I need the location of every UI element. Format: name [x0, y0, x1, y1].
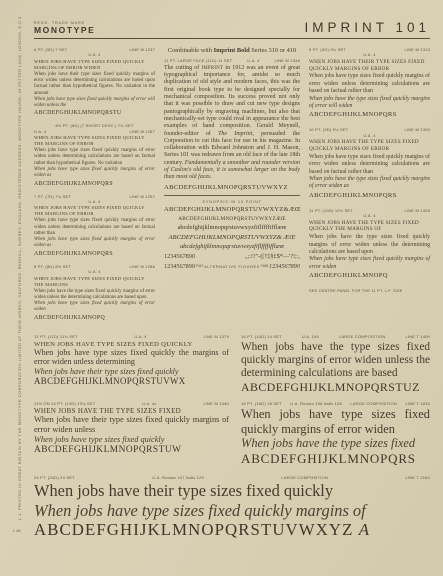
caps-text: WHEN JOBS HAVE TYPE SIZES FIXED QUICKLY: [34, 341, 229, 348]
specimen-block-9pt: 9 PT. (9D) 9¼ SET LINE M 1313 U.A. 4 WHE…: [309, 47, 430, 118]
ua-label: U.A. 4: [309, 133, 430, 138]
italic-text: When jobs have type sizes fixed quickly …: [34, 237, 155, 250]
italic-text: When jobs have type sizes fixed quickly …: [309, 256, 430, 271]
caps-text: WHEN JOBS HAVE TYPE SIZES FIXED QUICKLY …: [34, 276, 155, 288]
synopsis-roman-caps: ABCDEFGHIJKLMNOPQRSTUVWXYZ&ÆŒ: [164, 206, 300, 213]
line-ref: LINE M 1346: [274, 58, 300, 63]
alphabet-text: ABCDEFGHIJKLMNOPQRSTUVWXYZ: [164, 184, 300, 191]
size-label: 12 PT. (11D) 11¾ SET: [34, 334, 78, 339]
roman-text: When jobs have type sizes fixed quickly …: [241, 407, 430, 436]
ua-label: U.A. 4: [134, 334, 146, 339]
specimen-block-12pt: 12 PT. (11D) 11¾ SET U.A. 4 LINE M 1379 …: [34, 334, 229, 395]
alphabet-text: ABCDEFGHIJKLMNOPQRSTUZ: [241, 380, 430, 395]
bold-series-name: Imprint Bold: [214, 47, 250, 54]
line-ref: LINE M 1287: [129, 129, 155, 134]
figures-text: 1234567890: [164, 253, 195, 260]
imprint-magazine-title: The Imprint: [218, 131, 252, 137]
size-label: 8 PT. (8D) 8½ SET: [34, 264, 71, 269]
italic-text: When jobs have type sizes fixed quickly …: [34, 97, 155, 110]
line-ref: LINE M 1313: [404, 47, 430, 52]
roman-text: When jobs have type sizes fixed quickly …: [34, 218, 155, 237]
size-label: 10 PT. (9D) 9¼ SET: [309, 127, 348, 132]
left-column: 6 PT. (9D) 7 SET LINE M 1237 U.A. 4 WHEN…: [34, 47, 155, 330]
large-composition-label: LARGE COMPOSITION: [281, 475, 328, 480]
line-ref: LINE M 1440: [203, 401, 229, 406]
specimen-block-11pt: 11 PT. (10D) 10¼ SET LINE M 1328 U.A. 4 …: [309, 208, 430, 279]
size-label: 11 PT. (10D) 10¼ SET: [309, 208, 353, 213]
ua-label: U.A. 106: [302, 334, 319, 339]
italic-text: When jobs have type sizes fixed quickly …: [34, 501, 430, 520]
italic-tail-letter: A: [359, 520, 370, 539]
caps-text: WHEN JOBS HAVE THE TYPE SIZES FIXED QUIC…: [309, 139, 430, 153]
size-label: 11½ ON 14 PT. (14D) 13¾ SET: [34, 401, 95, 406]
caps-text: WHEN JOBS HAVE TYPE SIZES FIXED QUICKLY …: [34, 205, 155, 217]
specimen-block-7pt: 7 PT. (7D) 7¾ SET LINE M 1257 U.A. 4 WHE…: [34, 194, 155, 257]
specimen-block-10pt: 10 PT. (9D) 9¼ SET LINE M 1300 U.A. 4 WH…: [309, 127, 430, 198]
caps-text: WHEN JOBS HAVE TYPE SIZES FIXED QUICKLY …: [34, 135, 155, 147]
roman-text: When jobs have the type sizes fixed quic…: [241, 341, 430, 380]
italic-figures: 1234567890: [269, 263, 300, 270]
line-ref: LINE T 1815: [405, 401, 430, 406]
alphabet-text: ABCDEFGHIJKLMNOPQRSTU: [34, 110, 155, 116]
imprint-smallcaps: IMPRINT: [201, 66, 223, 71]
line-ref: LINE M 1328: [404, 208, 430, 213]
alphabet-text: ABCDEFGHIJKLMNOPQRSTUVWXYZ A: [34, 520, 430, 540]
combinable-note: Combinable with Imprint Bold Series 310 …: [164, 47, 300, 54]
ua-label: U.A. 4c: [142, 401, 157, 406]
right-column: 9 PT. (9D) 9¼ SET LINE M 1313 U.A. 4 WHE…: [309, 47, 430, 330]
size-label: 7 PT. (7D) 7¾ SET: [34, 194, 71, 199]
roman-text: When jobs have their type sizes fixed qu…: [34, 481, 430, 500]
roman-text: When jobs have the type sizes fixed quic…: [34, 289, 155, 302]
history-paragraph: The cutting of IMPRINT in 1912 was an ev…: [164, 65, 300, 182]
ua-label: U.A. 4: [34, 269, 155, 274]
specimen-block-18pt: 18 PT. (18D) 18 SET U.A. Roman 106 Itali…: [241, 401, 430, 467]
synopsis-heading: SYNOPSIS IN 10 POINT: [164, 199, 300, 204]
centre-panel-reference-note: SEE CENTRE PANEL FOR THE 11 PT. L.F. SIZ…: [309, 288, 430, 293]
specimen-block-6half-pt: 6½ PT. (6D) (7 SHORT DESC.) 7¾ SET U.A. …: [34, 123, 155, 186]
brand-block: REGD. TRADE MARK MONOTYPE: [34, 21, 95, 35]
ua-label: U.A. 4: [247, 58, 259, 63]
line-ref: LINE M 1300: [404, 127, 430, 132]
roman-text: When jobs have the type sizes fixed quic…: [309, 234, 430, 256]
centre-panel: Combinable with Imprint Bold Series 310 …: [164, 47, 300, 330]
alphabet-text: ABCDEFGHIJKLMNOPQRSTUVWX: [34, 376, 229, 386]
size-label: 9 PT. (9D) 9¼ SET: [309, 47, 346, 52]
alphabet-text: ABCDEFGHIJKLMNOPQRSTUW: [34, 445, 229, 455]
roman-text: When jobs have type sizes fixed quickly …: [309, 154, 430, 176]
line-ref: LINE M 1286: [129, 264, 155, 269]
ua-label: U.A. 4: [34, 199, 155, 204]
italic-text: When jobs have type sizes fixed quickly …: [34, 167, 155, 180]
italic-figures-code: F468: [261, 264, 269, 268]
large-composition-label: LARGE COMPOSITION: [350, 401, 397, 406]
synopsis-lowercase: abcdefghijklmnopqrstuvwxyzfiflffffifflæœ: [164, 224, 300, 231]
synopsis-italic-caps: ABCDEFGHIJKLMNOPQRSTUVWXYZ& ÆŒ: [164, 234, 300, 241]
alternative-figures-row: 1234567890 F342 ALTERNATIVE FIGURES F468…: [164, 263, 300, 270]
specimen-columns: 6 PT. (9D) 7 SET LINE M 1237 U.A. 4 WHEN…: [34, 47, 430, 330]
large-composition-label: LARGE COMPOSITION: [339, 334, 386, 339]
page-header: REGD. TRADE MARK MONOTYPE IMPRINT 101: [34, 20, 430, 39]
alphabet-text: ABCDEFGHIJKLMNOPQ: [34, 315, 155, 321]
caps-text: WHEN JOBS HAVE THEIR TYPE SIZES FIXED QU…: [309, 59, 430, 73]
lower-specimens: 12 PT. (11D) 11¾ SET U.A. 4 LINE M 1379 …: [34, 334, 430, 540]
alphabet-text: ABCDEFGHIJKLMNOPQRS: [241, 451, 430, 467]
roman-text: When jobs have type sizes fixed quickly …: [34, 148, 155, 167]
sheet-code: L 68: [13, 528, 21, 533]
figures-and-points-row: 1234567890 .,;:!?"-([†‡§£$*—'?!;:,: [164, 253, 300, 260]
alphabet-text: ABCDEFGHIJKLMNOPQRS: [34, 181, 155, 187]
specimen-block-11half-on-14pt: 11½ ON 14 PT. (14D) 13¾ SET U.A. 4c LINE…: [34, 401, 229, 467]
synopsis-small-caps: ABCDEFGHIJKLMNOPQRSTUVWXYZÆŒ: [164, 216, 300, 222]
alphabet-text: ABCDEFGHIJKLMNOPQRS: [309, 192, 430, 199]
punctuation-text: .,;:!?"-([†‡§£$*—'?!;:,: [244, 253, 300, 260]
alphabet-text: ABCDEFGHIJKLMNOPQRS: [34, 251, 155, 257]
size-label: 6 PT. (9D) 7 SET: [34, 47, 67, 52]
divider-rule: [164, 195, 300, 196]
alphabet-text: ABCDEFGHIJKLMNOPQ: [309, 272, 430, 279]
line-ref: LINE T 1409: [405, 334, 430, 339]
roman-text: When jobs have type sizes fixed quickly …: [34, 348, 229, 367]
specimen-block-16pt: 16 PT. (14D) 14 SET U.A. 106 LARGE COMPO…: [241, 334, 430, 395]
size-label: 24 PT. (24D) 24 SET: [34, 475, 75, 480]
italic-text: When jobs have type sizes fixed quickly: [34, 435, 229, 445]
line-ref: LINE M 1379: [203, 334, 229, 339]
ua-label: U.A. 4: [309, 213, 430, 218]
caps-text: WHEN JOBS HAVE TYPE SIZES FIXED QUICKLY …: [34, 59, 155, 71]
ua-label: U.A. 4: [34, 52, 155, 57]
line-ref: LINE M 1257: [129, 194, 155, 199]
lower-row-1: 12 PT. (11D) 11¾ SET U.A. 4 LINE M 1379 …: [34, 334, 430, 395]
specimen-block-6pt: 6 PT. (9D) 7 SET LINE M 1237 U.A. 4 WHEN…: [34, 47, 155, 116]
ua-label: U.A. 4: [309, 52, 430, 57]
roman-figures: 1234567890: [164, 263, 195, 270]
italic-text: When jobs have the type sizes fixed quic…: [309, 96, 430, 111]
size-label: 11 PT. LARGE FACE (11D) 11 SET: [164, 58, 232, 63]
synopsis-italic-lowercase: abcdefghijklmnopqrstuvwxyzfiflffffifflæœ: [164, 243, 300, 250]
italic-comment: Fundamentally a smoother and rounder ver…: [164, 160, 300, 181]
size-label: 16 PT. (14D) 14 SET: [241, 334, 282, 339]
lower-row-2: 11½ ON 14 PT. (14D) 13¾ SET U.A. 4c LINE…: [34, 401, 430, 467]
ua-label: U.A. 4: [34, 129, 46, 134]
line-ref: LINE M 1237: [129, 47, 155, 52]
roman-text: When jobs have type sizes fixed quickly …: [309, 73, 430, 95]
roman-text: When jobs have their type sizes fixed qu…: [34, 415, 229, 435]
alphabet-text: ABCDEFGHIJKLMNOPQRS: [309, 111, 430, 118]
roman-figures-code: F342: [196, 264, 204, 268]
italic-text: When jobs have their type sizes fixed qu…: [34, 367, 229, 377]
roman-text: When jobs have their type sizes fixed qu…: [34, 72, 155, 97]
italic-text: When jobs have the type sizes fixed quic…: [309, 176, 430, 191]
italic-text: When jobs have type sizes fixed quickly …: [34, 301, 155, 314]
specimen-page: L 1. PRINTED IN GREAT BRITAIN BY THE MON…: [0, 0, 443, 576]
caps-text: WHEN JOBS HAVE THE TYPE SIZES FIXED: [34, 407, 229, 415]
ua-label: U.A. Roman 107 Italic 129: [152, 475, 204, 480]
page-title: IMPRINT 101: [304, 20, 430, 35]
alternative-figures-label: ALTERNATIVE FIGURES: [204, 264, 260, 269]
caps-text: WHEN JOBS HAVE THE TYPE SIZES FIXED QUIC…: [309, 220, 430, 234]
printer-imprint-text: L 1. PRINTED IN GREAT BRITAIN BY THE MON…: [17, 50, 22, 520]
ua-label: U.A. Roman 106 Italic 128: [290, 401, 342, 406]
line-ref: LINE T 2164: [405, 475, 430, 480]
size-label: 18 PT. (18D) 18 SET: [241, 401, 282, 406]
italic-text: When jobs have the type sizes fixed: [241, 436, 430, 451]
specimen-block-8pt: 8 PT. (8D) 8½ SET LINE M 1286 U.A. 4 WHE…: [34, 264, 155, 321]
brand-name: MONOTYPE: [34, 25, 95, 35]
specimen-block-24pt: 24 PT. (24D) 24 SET U.A. Roman 107 Itali…: [34, 475, 430, 540]
